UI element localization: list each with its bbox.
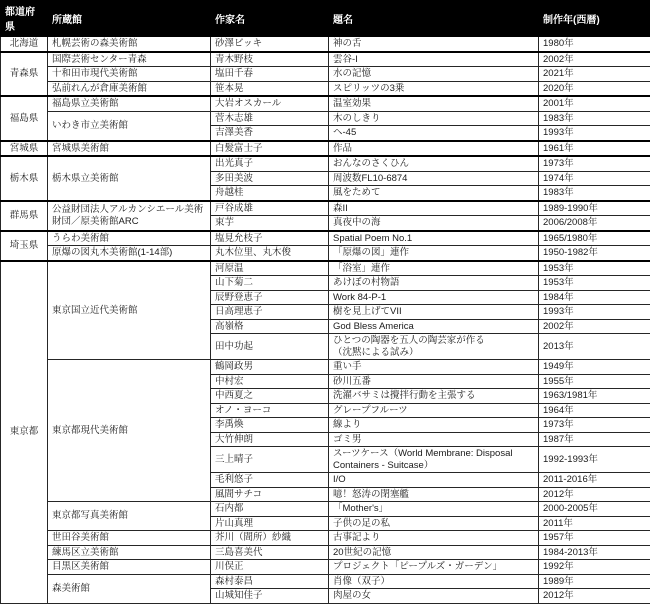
title-cell: 雲谷-I	[329, 52, 539, 67]
prefecture-cell: 群馬県	[1, 201, 48, 231]
title-cell: 洗濯バサミは攪拌行動を主張する	[329, 389, 539, 404]
year-cell: 1955年	[539, 374, 650, 389]
year-cell: 2012年	[539, 487, 650, 502]
year-cell: 1974年	[539, 171, 650, 186]
artist-cell: 三上晴子	[211, 447, 329, 473]
table-row: 森美術館森村泰昌肖像（双子）1989年	[1, 574, 650, 589]
header-title: 題名	[329, 1, 539, 37]
title-cell: 水の記憶	[329, 67, 539, 82]
table-row: 栃木県栃木県立美術館出光真子おんなのさくひん1973年	[1, 156, 650, 171]
title-cell: 真夜中の海	[329, 216, 539, 231]
header-row: 都道府県 所蔵館 作家名 題名 制作年(西暦)	[1, 1, 650, 37]
prefecture-cell: 北海道	[1, 36, 48, 52]
year-cell: 1965/1980年	[539, 231, 650, 246]
year-cell: 1993年	[539, 305, 650, 320]
title-cell: 樹を見上げてVII	[329, 305, 539, 320]
table-row: 福島県福島県立美術館大岩オスカール温室効果2001年	[1, 96, 650, 111]
artist-cell: 砂澤ビッキ	[211, 36, 329, 52]
year-cell: 2002年	[539, 52, 650, 67]
title-cell: 温室効果	[329, 96, 539, 111]
museum-cell: 十和田市現代美術館	[48, 67, 211, 82]
year-cell: 1964年	[539, 403, 650, 418]
title-cell: 神の舌	[329, 36, 539, 52]
table-row: 練馬区立美術館三島喜美代20世紀の記憶1984-2013年	[1, 545, 650, 560]
year-cell: 2006/2008年	[539, 216, 650, 231]
year-cell: 1963/1981年	[539, 389, 650, 404]
year-cell: 2012年	[539, 589, 650, 604]
museum-cell: 東京都写真美術館	[48, 502, 211, 531]
year-cell: 1984年	[539, 290, 650, 305]
museum-cell: 世田谷美術館	[48, 531, 211, 546]
year-cell: 1957年	[539, 531, 650, 546]
artist-cell: 片山真理	[211, 516, 329, 531]
artist-cell: 中村宏	[211, 374, 329, 389]
year-cell: 1987年	[539, 432, 650, 447]
title-cell: 肖像（双子）	[329, 574, 539, 589]
header-museum: 所蔵館	[48, 1, 211, 37]
museum-cell: 森美術館	[48, 574, 211, 603]
title-cell: 「原爆の図」連作	[329, 246, 539, 261]
artist-cell: 白髪富士子	[211, 141, 329, 157]
year-cell: 1983年	[539, 111, 650, 126]
artwork-table: 都道府県 所蔵館 作家名 題名 制作年(西暦) 北海道札幌芸術の森美術館砂澤ビッ…	[0, 0, 650, 604]
artist-cell: 笹本晃	[211, 81, 329, 96]
title-cell: God Bless America	[329, 319, 539, 334]
title-cell: I/O	[329, 473, 539, 488]
artist-cell: 山下菊二	[211, 276, 329, 291]
year-cell: 1973年	[539, 156, 650, 171]
table-body: 北海道札幌芸術の森美術館砂澤ビッキ神の舌1980年青森県国際芸術センター青森青木…	[1, 36, 650, 603]
title-cell: 砂川五番	[329, 374, 539, 389]
museum-cell: 札幌芸術の森美術館	[48, 36, 211, 52]
year-cell: 1993年	[539, 126, 650, 141]
artist-cell: 大竹伸朗	[211, 432, 329, 447]
museum-cell: 原爆の図丸木美術館(1-14部)	[48, 246, 211, 261]
artist-cell: 三島喜美代	[211, 545, 329, 560]
artist-cell: 山城知佳子	[211, 589, 329, 604]
artist-cell: 鶴岡政男	[211, 360, 329, 375]
table-row: 原爆の図丸木美術館(1-14部)丸木位里、丸木俊「原爆の図」連作1950-198…	[1, 246, 650, 261]
artist-cell: 青木野枝	[211, 52, 329, 67]
prefecture-cell: 栃木県	[1, 156, 48, 201]
header-artist: 作家名	[211, 1, 329, 37]
title-cell: 作品	[329, 141, 539, 157]
year-cell: 2001年	[539, 96, 650, 111]
year-cell: 1992-1993年	[539, 447, 650, 473]
title-cell: ひとつの陶器を五人の陶芸家が作る （沈黙による試み）	[329, 334, 539, 360]
title-cell: 木のしきり	[329, 111, 539, 126]
artist-cell: 束芋	[211, 216, 329, 231]
title-cell: あけぼの村物語	[329, 276, 539, 291]
table-row: 弘前れんが倉庫美術館笹本晃スピリッツの3乗2020年	[1, 81, 650, 96]
artist-cell: 吉澤美香	[211, 126, 329, 141]
year-cell: 1949年	[539, 360, 650, 375]
year-cell: 2011年	[539, 516, 650, 531]
artist-cell: 中西夏之	[211, 389, 329, 404]
year-cell: 2000-2005年	[539, 502, 650, 517]
museum-cell: 宮城県美術館	[48, 141, 211, 157]
title-cell: スーツケース（World Membrane: Disposal Containe…	[329, 447, 539, 473]
prefecture-cell: 宮城県	[1, 141, 48, 157]
table-row: 埼玉県うらわ美術館塩見允枝子Spatial Poem No.11965/1980…	[1, 231, 650, 246]
table-row: 十和田市現代美術館塩田千春水の記憶2021年	[1, 67, 650, 82]
artist-cell: 高嶺格	[211, 319, 329, 334]
title-cell: 線より	[329, 418, 539, 433]
year-cell: 1984-2013年	[539, 545, 650, 560]
museum-cell: 国際芸術センター青森	[48, 52, 211, 67]
year-cell: 2020年	[539, 81, 650, 96]
artist-cell: 森村泰昌	[211, 574, 329, 589]
title-cell: 肉屋の女	[329, 589, 539, 604]
museum-cell: 練馬区立美術館	[48, 545, 211, 560]
title-cell: 「浴室」連作	[329, 261, 539, 276]
title-cell: 「Mother's」	[329, 502, 539, 517]
title-cell: Work 84-P-1	[329, 290, 539, 305]
museum-cell: 東京国立近代美術館	[48, 261, 211, 360]
table-row: 群馬県公益財団法人アルカンシエール美術財団／原美術館ARC戸谷成雄森II1989…	[1, 201, 650, 216]
table-row: 目黒区美術館川俣正プロジェクト「ピープルズ・ガーデン」1992年	[1, 560, 650, 575]
museum-cell: 目黒区美術館	[48, 560, 211, 575]
title-cell: 古事記より	[329, 531, 539, 546]
title-cell: 周波数FL10-6874	[329, 171, 539, 186]
title-cell: 噫！怒涛の閉塞艦	[329, 487, 539, 502]
title-cell: 子供の足の私	[329, 516, 539, 531]
artist-cell: 田中功起	[211, 334, 329, 360]
prefecture-cell: 埼玉県	[1, 231, 48, 261]
artist-cell: 川俣正	[211, 560, 329, 575]
year-cell: 1953年	[539, 261, 650, 276]
artist-cell: 辰野登恵子	[211, 290, 329, 305]
artist-cell: 丸木位里、丸木俊	[211, 246, 329, 261]
year-cell: 2002年	[539, 319, 650, 334]
title-cell: 重い手	[329, 360, 539, 375]
artist-cell: オノ・ヨーコ	[211, 403, 329, 418]
artist-cell: 風間サチコ	[211, 487, 329, 502]
year-cell: 1973年	[539, 418, 650, 433]
artist-cell: 芥川（間所）紗織	[211, 531, 329, 546]
header-year: 制作年(西暦)	[539, 1, 650, 37]
prefecture-cell: 福島県	[1, 96, 48, 141]
year-cell: 1950-1982年	[539, 246, 650, 261]
artist-cell: 舟越桂	[211, 186, 329, 201]
year-cell: 1953年	[539, 276, 650, 291]
title-cell: 風をためて	[329, 186, 539, 201]
title-cell: グレープフルーツ	[329, 403, 539, 418]
museum-cell: 東京都現代美術館	[48, 360, 211, 502]
museum-cell: 公益財団法人アルカンシエール美術財団／原美術館ARC	[48, 201, 211, 231]
year-cell: 1983年	[539, 186, 650, 201]
artist-cell: 毛利悠子	[211, 473, 329, 488]
title-cell: 森II	[329, 201, 539, 216]
museum-cell: 弘前れんが倉庫美術館	[48, 81, 211, 96]
artist-cell: 多田美波	[211, 171, 329, 186]
artist-cell: 日高理恵子	[211, 305, 329, 320]
artist-cell: 塩田千春	[211, 67, 329, 82]
artist-cell: 出光真子	[211, 156, 329, 171]
year-cell: 1961年	[539, 141, 650, 157]
artist-cell: 河原温	[211, 261, 329, 276]
museum-cell: うらわ美術館	[48, 231, 211, 246]
year-cell: 1989年	[539, 574, 650, 589]
year-cell: 1989-1990年	[539, 201, 650, 216]
title-cell: プロジェクト「ピープルズ・ガーデン」	[329, 560, 539, 575]
artist-cell: 石内都	[211, 502, 329, 517]
title-cell: 20世紀の記憶	[329, 545, 539, 560]
year-cell: 2011-2016年	[539, 473, 650, 488]
table-row: 北海道札幌芸術の森美術館砂澤ビッキ神の舌1980年	[1, 36, 650, 52]
museum-cell: いわき市立美術館	[48, 111, 211, 141]
artist-cell: 戸谷成雄	[211, 201, 329, 216]
table-row: 東京都現代美術館鶴岡政男重い手1949年	[1, 360, 650, 375]
year-cell: 2021年	[539, 67, 650, 82]
museum-cell: 栃木県立美術館	[48, 156, 211, 201]
artist-cell: 李禹煥	[211, 418, 329, 433]
title-cell: ヘ-45	[329, 126, 539, 141]
year-cell: 1992年	[539, 560, 650, 575]
title-cell: ゴミ男	[329, 432, 539, 447]
table-row: 東京都東京国立近代美術館河原温「浴室」連作1953年	[1, 261, 650, 276]
artist-cell: 塩見允枝子	[211, 231, 329, 246]
table-row: 東京都写真美術館石内都「Mother's」2000-2005年	[1, 502, 650, 517]
table-row: いわき市立美術館菅木志雄木のしきり1983年	[1, 111, 650, 126]
artist-cell: 菅木志雄	[211, 111, 329, 126]
header-prefecture: 都道府県	[1, 1, 48, 37]
title-cell: Spatial Poem No.1	[329, 231, 539, 246]
prefecture-cell: 東京都	[1, 261, 48, 604]
museum-cell: 福島県立美術館	[48, 96, 211, 111]
year-cell: 1980年	[539, 36, 650, 52]
title-cell: おんなのさくひん	[329, 156, 539, 171]
prefecture-cell: 青森県	[1, 52, 48, 97]
table-row: 宮城県宮城県美術館白髪富士子作品1961年	[1, 141, 650, 157]
year-cell: 2013年	[539, 334, 650, 360]
table-row: 世田谷美術館芥川（間所）紗織古事記より1957年	[1, 531, 650, 546]
artist-cell: 大岩オスカール	[211, 96, 329, 111]
table-row: 青森県国際芸術センター青森青木野枝雲谷-I2002年	[1, 52, 650, 67]
title-cell: スピリッツの3乗	[329, 81, 539, 96]
